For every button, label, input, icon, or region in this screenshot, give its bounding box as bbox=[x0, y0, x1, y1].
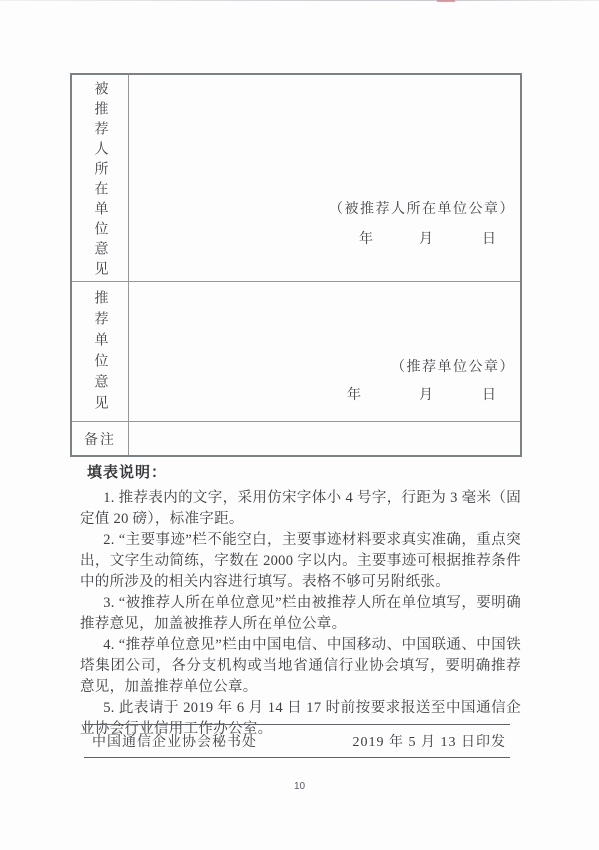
instruction-item-2: 2. “主要事迹”栏不能空白，主要事迹材料要求真实准确，重点突出，文字生动简练，… bbox=[80, 530, 521, 593]
instruction-item-3: 3. “被推荐人所在单位意见”栏由被推荐人所在单位填写，要明确推荐意见，加盖被推… bbox=[80, 593, 521, 635]
footer-issuer: 中国通信企业协会秘书处 bbox=[92, 731, 257, 751]
recommender-unit-stamp-note: （推荐单位公章） bbox=[391, 356, 515, 376]
opinion-table: 被推荐人所在单位意见 （被推荐人所在单位公章） 年 月 日 推荐单位意见 （推荐… bbox=[70, 73, 522, 457]
document-footer: 中国通信企业协会秘书处 2019 年 5 月 13 日印发 bbox=[84, 724, 510, 758]
recommendee-unit-stamp-note: （被推荐人所在单位公章） bbox=[329, 198, 515, 218]
recommendee-unit-opinion-cell: （被推荐人所在单位公章） 年 月 日 bbox=[129, 75, 520, 281]
date-day-label: 日 bbox=[482, 228, 496, 248]
recommender-unit-opinion-label: 推荐单位意见 bbox=[72, 282, 129, 421]
row-label-cell: 备注 bbox=[72, 422, 129, 455]
row-label-cell: 推荐单位意见 bbox=[72, 282, 129, 421]
recommendee-unit-opinion-label: 被推荐人所在单位意见 bbox=[72, 75, 129, 281]
scanned-form-page: { "table": { "rows": [ { "label_vertical… bbox=[0, 0, 599, 850]
remarks-label: 备注 bbox=[84, 429, 116, 449]
table-row-recommendee-unit-opinion: 被推荐人所在单位意见 （被推荐人所在单位公章） 年 月 日 bbox=[72, 75, 520, 282]
date-month-label: 月 bbox=[419, 228, 433, 248]
instruction-item-1: 1. 推荐表内的文字，采用仿宋字体小 4 号字，行距为 3 毫米（固定值 20 … bbox=[80, 488, 521, 530]
row-label-cell: 被推荐人所在单位意见 bbox=[72, 75, 129, 281]
remarks-cell bbox=[129, 422, 520, 455]
date-year-label: 年 bbox=[347, 384, 361, 404]
footer-issue-date: 2019 年 5 月 13 日印发 bbox=[353, 731, 507, 751]
page-number: 10 bbox=[0, 781, 599, 792]
recommender-unit-opinion-cell: （推荐单位公章） 年 月 日 bbox=[129, 282, 520, 421]
instructions-body: 1. 推荐表内的文字，采用仿宋字体小 4 号字，行距为 3 毫米（固定值 20 … bbox=[80, 488, 521, 740]
table-row-recommender-unit-opinion: 推荐单位意见 （推荐单位公章） 年 月 日 bbox=[72, 282, 520, 422]
table-row-remarks: 备注 bbox=[72, 422, 520, 455]
scan-artifact-top-line bbox=[0, 0, 599, 1]
date-year-label: 年 bbox=[359, 228, 373, 248]
scan-artifact-pink-mark bbox=[437, 0, 455, 2]
instructions-heading: 填表说明： bbox=[87, 461, 167, 482]
instruction-item-4: 4. “推荐单位意见”栏由中国电信、中国移动、中国联通、中国铁塔集团公司，各分支… bbox=[80, 635, 521, 698]
date-day-label: 日 bbox=[482, 384, 496, 404]
date-month-label: 月 bbox=[419, 384, 433, 404]
